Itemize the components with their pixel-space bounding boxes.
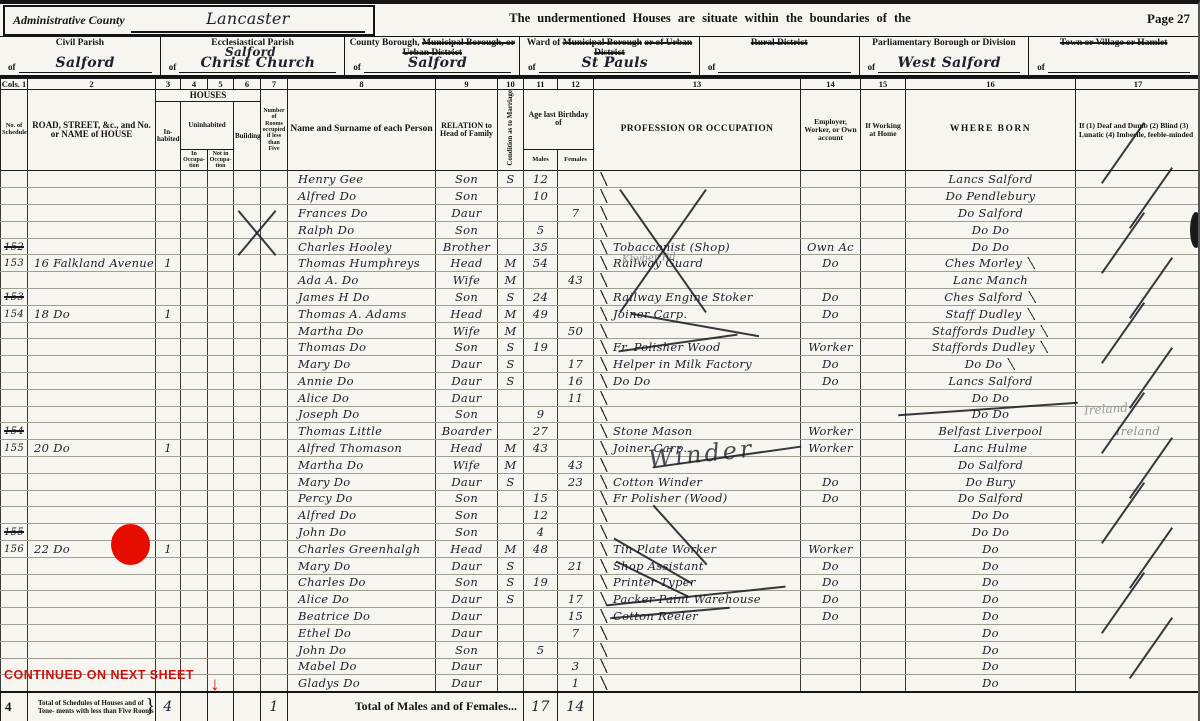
district-of-line: ofWest Salford	[868, 56, 1021, 73]
table-row: Beatrice DoDaur15Cotton ReelerDoDo	[1, 608, 1200, 625]
person-name: Thomas Little	[288, 423, 436, 440]
occupation	[594, 641, 801, 658]
marriage-condition	[498, 641, 524, 658]
table-row: 154Thomas LittleBoarder27Stone MasonWork…	[1, 423, 1200, 440]
person-name-text: Gladys Do	[298, 676, 360, 690]
uninhabited-occupied	[181, 356, 208, 373]
relation-text: Son	[455, 172, 478, 186]
age-male	[524, 456, 558, 473]
table-row: 153James H DoSonS24Railway Engine Stoker…	[1, 289, 1200, 306]
address	[28, 574, 156, 591]
relation-text: Head	[450, 441, 482, 455]
col-num: 17	[1076, 79, 1200, 90]
inhabited-mark	[156, 171, 181, 188]
where-born-text: Do Salford	[958, 206, 1023, 220]
where-born: Ches Morley	[906, 255, 1076, 272]
age-female-text: 21	[568, 559, 583, 573]
footer-rooms-value: 1	[261, 692, 288, 721]
uninhabited-occupied	[181, 373, 208, 390]
district-cell: Ecclesiastical ParishSalfordofChrist Chu…	[160, 37, 345, 75]
pen-slash	[598, 491, 610, 505]
age-female-text: 50	[568, 324, 583, 338]
person-name: Martha Do	[288, 322, 436, 339]
address: 20 Do	[28, 440, 156, 457]
table-row: 155John DoSon4Do Do	[1, 524, 1200, 541]
continued-note: CONTINUED ON NEXT SHEET	[4, 668, 194, 682]
person-name: John Do	[288, 524, 436, 541]
person-name: Mary Do	[288, 557, 436, 574]
uninhabited-occupied	[181, 490, 208, 507]
age-female	[558, 540, 594, 557]
marriage-condition-text: M	[504, 441, 516, 455]
uninhabited-occupied	[181, 221, 208, 238]
rooms	[261, 540, 288, 557]
age-male	[524, 608, 558, 625]
col-num: 11	[524, 79, 558, 90]
uninhabited-occupied	[181, 255, 208, 272]
marriage-condition-text: S	[506, 575, 514, 589]
occupation: Packer Paint Warehouse	[594, 591, 801, 608]
where-born-text: Do	[982, 609, 999, 623]
age-male	[524, 675, 558, 692]
where-born-text: Do Do	[972, 240, 1009, 254]
district-label-part: Civil Parish	[56, 38, 104, 48]
building	[234, 373, 261, 390]
where-born-text: Do	[982, 643, 999, 657]
schedule-number	[1, 221, 28, 238]
relation: Son	[436, 406, 498, 423]
marriage-condition	[498, 389, 524, 406]
situate-text: The undermentioned Houses are situate wi…	[420, 11, 1000, 26]
relation: Daur	[436, 624, 498, 641]
marriage-condition	[498, 188, 524, 205]
working-home	[861, 205, 906, 222]
employer-status	[801, 221, 861, 238]
pen-slash	[598, 407, 610, 421]
relation-text: Head	[450, 307, 482, 321]
person-name: Alfred Do	[288, 507, 436, 524]
where-born-text: Do	[982, 626, 999, 640]
working-home	[861, 356, 906, 373]
of-label: of	[528, 63, 536, 73]
pen-slash	[598, 609, 610, 623]
district-value: Salford	[19, 56, 152, 73]
relation-text: Daur	[451, 391, 481, 405]
uninhabited-occupied	[181, 557, 208, 574]
employer-status-text: Do	[822, 609, 839, 623]
occupation-text: Stone Mason	[613, 424, 692, 438]
marriage-condition: M	[498, 255, 524, 272]
address	[28, 406, 156, 423]
age-female	[558, 524, 594, 541]
uninhabited-not	[208, 339, 234, 356]
person-name-text: Annie Do	[298, 374, 354, 388]
inhabited-mark	[156, 524, 181, 541]
pen-slash	[598, 424, 610, 438]
district-of-line: ofSalford	[8, 56, 152, 73]
relation-text: Son	[455, 340, 478, 354]
person-name: Ada A. Do	[288, 272, 436, 289]
building	[234, 255, 261, 272]
relation: Daur	[436, 473, 498, 490]
occupation	[594, 507, 801, 524]
working-home	[861, 641, 906, 658]
header-uninhabited: Uninhabited	[181, 102, 234, 149]
rooms	[261, 423, 288, 440]
person-name-text: Mary Do	[298, 559, 351, 573]
age-female	[558, 641, 594, 658]
inhabited-mark	[156, 188, 181, 205]
relation: Daur	[436, 373, 498, 390]
rooms	[261, 188, 288, 205]
building	[234, 305, 261, 322]
age-male-text: 4	[537, 525, 545, 539]
relation: Daur	[436, 608, 498, 625]
where-born: Do	[906, 608, 1076, 625]
relation-text: Son	[455, 525, 478, 539]
footer-females-total: 14	[558, 692, 594, 721]
marriage-condition	[498, 238, 524, 255]
employer-status-text: Do	[822, 559, 839, 573]
col-num: 10	[498, 79, 524, 90]
district-label: Town or Village or Hamlet	[1029, 38, 1198, 48]
schedule-number-text: 154	[4, 426, 24, 437]
table-row: Henry GeeSonS12Lancs Salford	[1, 171, 1200, 188]
where-born-text: Staffords Dudley	[932, 324, 1035, 338]
marriage-condition	[498, 608, 524, 625]
where-born-text: Do	[982, 659, 999, 673]
working-home	[861, 440, 906, 457]
employer-status-text: Do	[822, 575, 839, 589]
building	[234, 574, 261, 591]
person-name-text: Alfred Do	[298, 189, 356, 203]
district-of-line: of	[1037, 56, 1190, 73]
occupation: Helper in Milk Factory	[594, 356, 801, 373]
infirmity-note: Ireland	[1076, 423, 1200, 440]
rows-body: Henry GeeSonS12Lancs SalfordAlfred DoSon…	[1, 171, 1200, 692]
age-female	[558, 440, 594, 457]
schedule-number	[1, 490, 28, 507]
where-born-text: Do	[982, 676, 999, 690]
marriage-condition-text: S	[506, 475, 514, 489]
marriage-condition: S	[498, 557, 524, 574]
where-born-text: Lancs Salford	[948, 172, 1032, 186]
footer-empty	[181, 692, 208, 721]
person-name-text: Thomas Do	[298, 340, 366, 354]
column-header-row: No. of Schedule ROAD, STREET, &c., and N…	[1, 90, 1200, 102]
age-male-text: 24	[533, 290, 548, 304]
table-row: Ada A. DoWifeM43Lanc Manch	[1, 272, 1200, 289]
person-name: Percy Do	[288, 490, 436, 507]
age-female-text: 17	[568, 592, 583, 606]
inhabited-mark	[156, 557, 181, 574]
table-row: Martha DoWifeM50Staffords Dudley	[1, 322, 1200, 339]
age-female	[558, 490, 594, 507]
inhabited-mark	[156, 490, 181, 507]
district-cell: Ward of Municipal Borough or of Urban Di…	[519, 37, 699, 75]
where-born-text: Lanc Hulme	[954, 441, 1028, 455]
age-female-text: 7	[572, 206, 580, 220]
age-male: 48	[524, 540, 558, 557]
age-female-text: 1	[572, 676, 580, 690]
marriage-condition-text: M	[504, 324, 516, 338]
where-born: Do	[906, 557, 1076, 574]
schedule-number: 152	[1, 238, 28, 255]
where-born: Do Do	[906, 507, 1076, 524]
rooms	[261, 272, 288, 289]
schedule-number	[1, 473, 28, 490]
age-male	[524, 389, 558, 406]
age-male: 43	[524, 440, 558, 457]
uninhabited-not	[208, 205, 234, 222]
relation-text: Son	[455, 223, 478, 237]
address: 16 Falkland Avenue	[28, 255, 156, 272]
footer-males-total: 17	[524, 692, 558, 721]
marriage-condition-text: M	[504, 273, 516, 287]
employer-status: Do	[801, 373, 861, 390]
where-born: Do	[906, 591, 1076, 608]
uninhabited-not	[208, 540, 234, 557]
table-row: Percy DoSon15Fr Polisher (Wood)DoDo Salf…	[1, 490, 1200, 507]
relation-text: Daur	[451, 206, 481, 220]
marriage-condition: M	[498, 322, 524, 339]
infirmity-note	[1076, 238, 1200, 255]
address	[28, 289, 156, 306]
marriage-condition: S	[498, 373, 524, 390]
where-born: Do	[906, 540, 1076, 557]
inhabited-mark	[156, 624, 181, 641]
inhabited-mark	[156, 221, 181, 238]
employer-status	[801, 322, 861, 339]
employer-status: Worker	[801, 440, 861, 457]
header-not-occupation: Not in Occupa- tion	[208, 149, 234, 171]
person-name: Martha Do	[288, 456, 436, 473]
age-male: 4	[524, 524, 558, 541]
person-name: Joseph Do	[288, 406, 436, 423]
marriage-condition-text: S	[506, 374, 514, 388]
age-female	[558, 238, 594, 255]
schedule-number	[1, 356, 28, 373]
employer-status	[801, 406, 861, 423]
col-num: 15	[861, 79, 906, 90]
age-male-text: 48	[533, 542, 548, 556]
schedule-number: 155	[1, 440, 28, 457]
employer-status: Do	[801, 356, 861, 373]
header-age: Age last Birthday of	[524, 90, 594, 150]
age-male: 49	[524, 305, 558, 322]
age-female-text: 3	[572, 659, 580, 673]
where-born-text: Do	[982, 575, 999, 589]
age-female-text: 11	[568, 391, 583, 405]
inhabited-mark	[156, 507, 181, 524]
pen-slash	[598, 458, 610, 472]
age-male	[524, 356, 558, 373]
building	[234, 658, 261, 675]
age-male-text: 54	[533, 256, 548, 270]
relation: Daur	[436, 356, 498, 373]
rooms	[261, 339, 288, 356]
where-born: Lanc Manch	[906, 272, 1076, 289]
working-home	[861, 238, 906, 255]
age-female	[558, 255, 594, 272]
age-male-text: 43	[533, 441, 548, 455]
uninhabited-occupied	[181, 406, 208, 423]
relation: Son	[436, 339, 498, 356]
employer-status	[801, 205, 861, 222]
person-name: Annie Do	[288, 373, 436, 390]
marriage-condition: M	[498, 540, 524, 557]
employer-status-text: Do	[822, 256, 839, 270]
relation: Head	[436, 440, 498, 457]
occupation	[594, 389, 801, 406]
building	[234, 322, 261, 339]
employer-status	[801, 507, 861, 524]
relation: Son	[436, 574, 498, 591]
age-male-text: 10	[533, 189, 548, 203]
age-male: 19	[524, 339, 558, 356]
marriage-condition	[498, 406, 524, 423]
uninhabited-not	[208, 255, 234, 272]
district-value	[1048, 56, 1190, 73]
where-born: Do	[906, 574, 1076, 591]
person-name-text: Alfred Do	[298, 508, 356, 522]
uninhabited-not	[208, 389, 234, 406]
col-num: 7	[261, 79, 288, 90]
age-female: 15	[558, 608, 594, 625]
employer-status: Worker	[801, 339, 861, 356]
schedule-number	[1, 641, 28, 658]
age-male	[524, 473, 558, 490]
marriage-condition-text: M	[504, 256, 516, 270]
employer-status-text: Do	[822, 374, 839, 388]
address	[28, 238, 156, 255]
age-male: 9	[524, 406, 558, 423]
schedule-number-text: 154	[4, 309, 24, 320]
district-label-part: County Borough,	[350, 38, 422, 48]
occupation	[594, 205, 801, 222]
occupation: Fr. Polisher Wood	[594, 339, 801, 356]
where-born: Staff Dudley	[906, 305, 1076, 322]
schedule-number	[1, 339, 28, 356]
working-home	[861, 289, 906, 306]
inhabited-mark: 1	[156, 440, 181, 457]
age-female	[558, 289, 594, 306]
relation-text: Boarder	[442, 424, 492, 438]
district-of-line: of	[708, 56, 851, 73]
relation: Son	[436, 641, 498, 658]
relation-text: Son	[455, 290, 478, 304]
occupation: Cotton Winder	[594, 473, 801, 490]
pen-slash	[598, 643, 610, 657]
table-row: Alice DoDaur11Do Do	[1, 389, 1200, 406]
age-male-text: 27	[533, 424, 548, 438]
pen-slash	[598, 676, 610, 690]
employer-status	[801, 641, 861, 658]
marriage-condition: M	[498, 305, 524, 322]
occupation-text: Fr. Polisher Wood	[613, 340, 721, 354]
header-employer: Employer, Worker, or Own account	[801, 90, 861, 171]
employer-status-text: Do	[822, 491, 839, 505]
inhabited-mark	[156, 423, 181, 440]
working-home	[861, 456, 906, 473]
age-male	[524, 658, 558, 675]
schedule-number	[1, 322, 28, 339]
inhabited-mark	[156, 238, 181, 255]
address	[28, 641, 156, 658]
building	[234, 456, 261, 473]
marriage-condition-text: S	[506, 290, 514, 304]
occupation	[594, 221, 801, 238]
working-home	[861, 608, 906, 625]
uninhabited-occupied	[181, 171, 208, 188]
employer-status: Do	[801, 305, 861, 322]
uninhabited-not	[208, 658, 234, 675]
infirmity-note-text: Ireland	[1116, 424, 1160, 438]
age-male: 5	[524, 221, 558, 238]
occupation-text: Cotton Winder	[613, 475, 702, 489]
inhabited-mark-text: 1	[164, 542, 172, 556]
uninhabited-occupied	[181, 188, 208, 205]
pen-slash	[598, 374, 610, 388]
age-female: 11	[558, 389, 594, 406]
age-female-text: 16	[568, 374, 583, 388]
schedule-number	[1, 389, 28, 406]
infirmity-note	[1076, 624, 1200, 641]
table-row: Joseph DoSon9Do Do	[1, 406, 1200, 423]
employer-status-text: Do	[822, 592, 839, 606]
rooms	[261, 289, 288, 306]
person-name-text: Charles Do	[298, 575, 366, 589]
district-value: St Pauls	[539, 56, 691, 73]
marriage-condition-text: S	[506, 592, 514, 606]
pen-tick	[1028, 291, 1037, 303]
relation: Head	[436, 540, 498, 557]
marriage-condition: M	[498, 272, 524, 289]
marriage-condition: S	[498, 473, 524, 490]
address	[28, 272, 156, 289]
person-name: Henry Gee	[288, 171, 436, 188]
where-born: Do Do	[906, 356, 1076, 373]
address-text: 20 Do	[34, 441, 70, 455]
col-num: 9	[436, 79, 498, 90]
district-cell: Town or Village or Hamletof	[1028, 37, 1198, 75]
footer-left-number: 4	[1, 692, 28, 721]
footer-schedules-total: 4	[156, 692, 181, 721]
pen-slash	[598, 273, 610, 287]
employer-status: Do	[801, 608, 861, 625]
col-num: 8	[288, 79, 436, 90]
pen-tick	[1040, 325, 1049, 337]
header-building: Building	[234, 102, 261, 171]
uninhabited-not	[208, 238, 234, 255]
uninhabited-not	[208, 624, 234, 641]
pen-slash	[598, 206, 610, 220]
relation: Head	[436, 255, 498, 272]
person-name: Ethel Do	[288, 624, 436, 641]
person-name: Thomas Do	[288, 339, 436, 356]
pen-slash	[598, 256, 610, 270]
person-name: Frances Do	[288, 205, 436, 222]
inhabited-mark	[156, 373, 181, 390]
age-female	[558, 406, 594, 423]
uninhabited-not	[208, 305, 234, 322]
pen-slash	[598, 172, 610, 186]
age-female	[558, 221, 594, 238]
relation: Son	[436, 171, 498, 188]
relation-text: Wife	[453, 324, 481, 338]
age-female: 7	[558, 624, 594, 641]
rooms	[261, 406, 288, 423]
